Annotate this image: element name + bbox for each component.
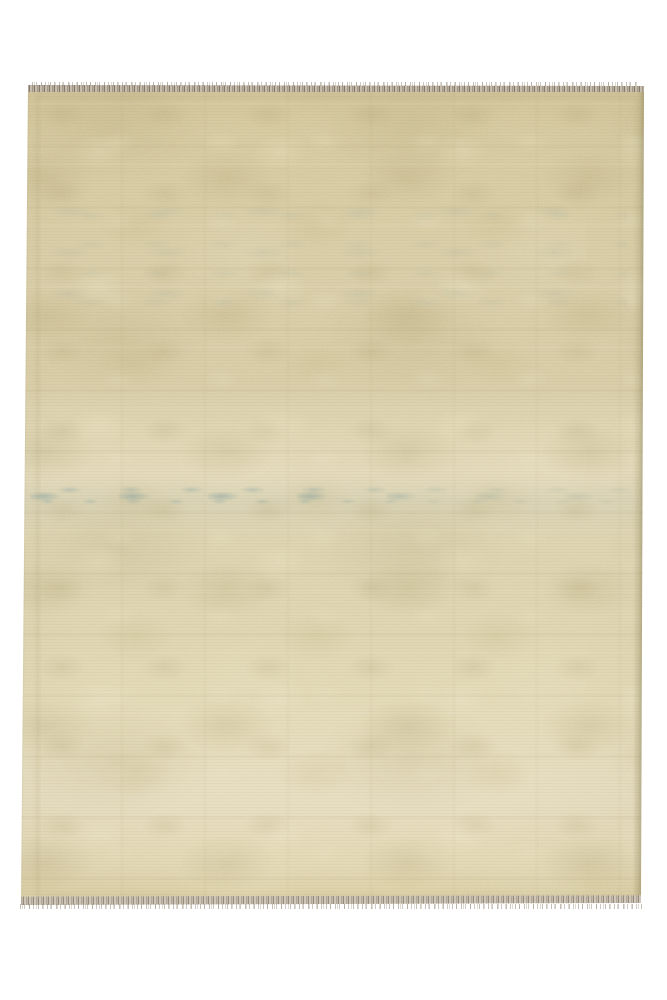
rug-noise-overlay — [0, 0, 667, 1000]
rug-fringe-top — [32, 82, 638, 86]
product-photo-canvas — [0, 0, 667, 1000]
rug-fringe-bottom — [20, 904, 644, 909]
rug-image — [0, 0, 667, 1000]
